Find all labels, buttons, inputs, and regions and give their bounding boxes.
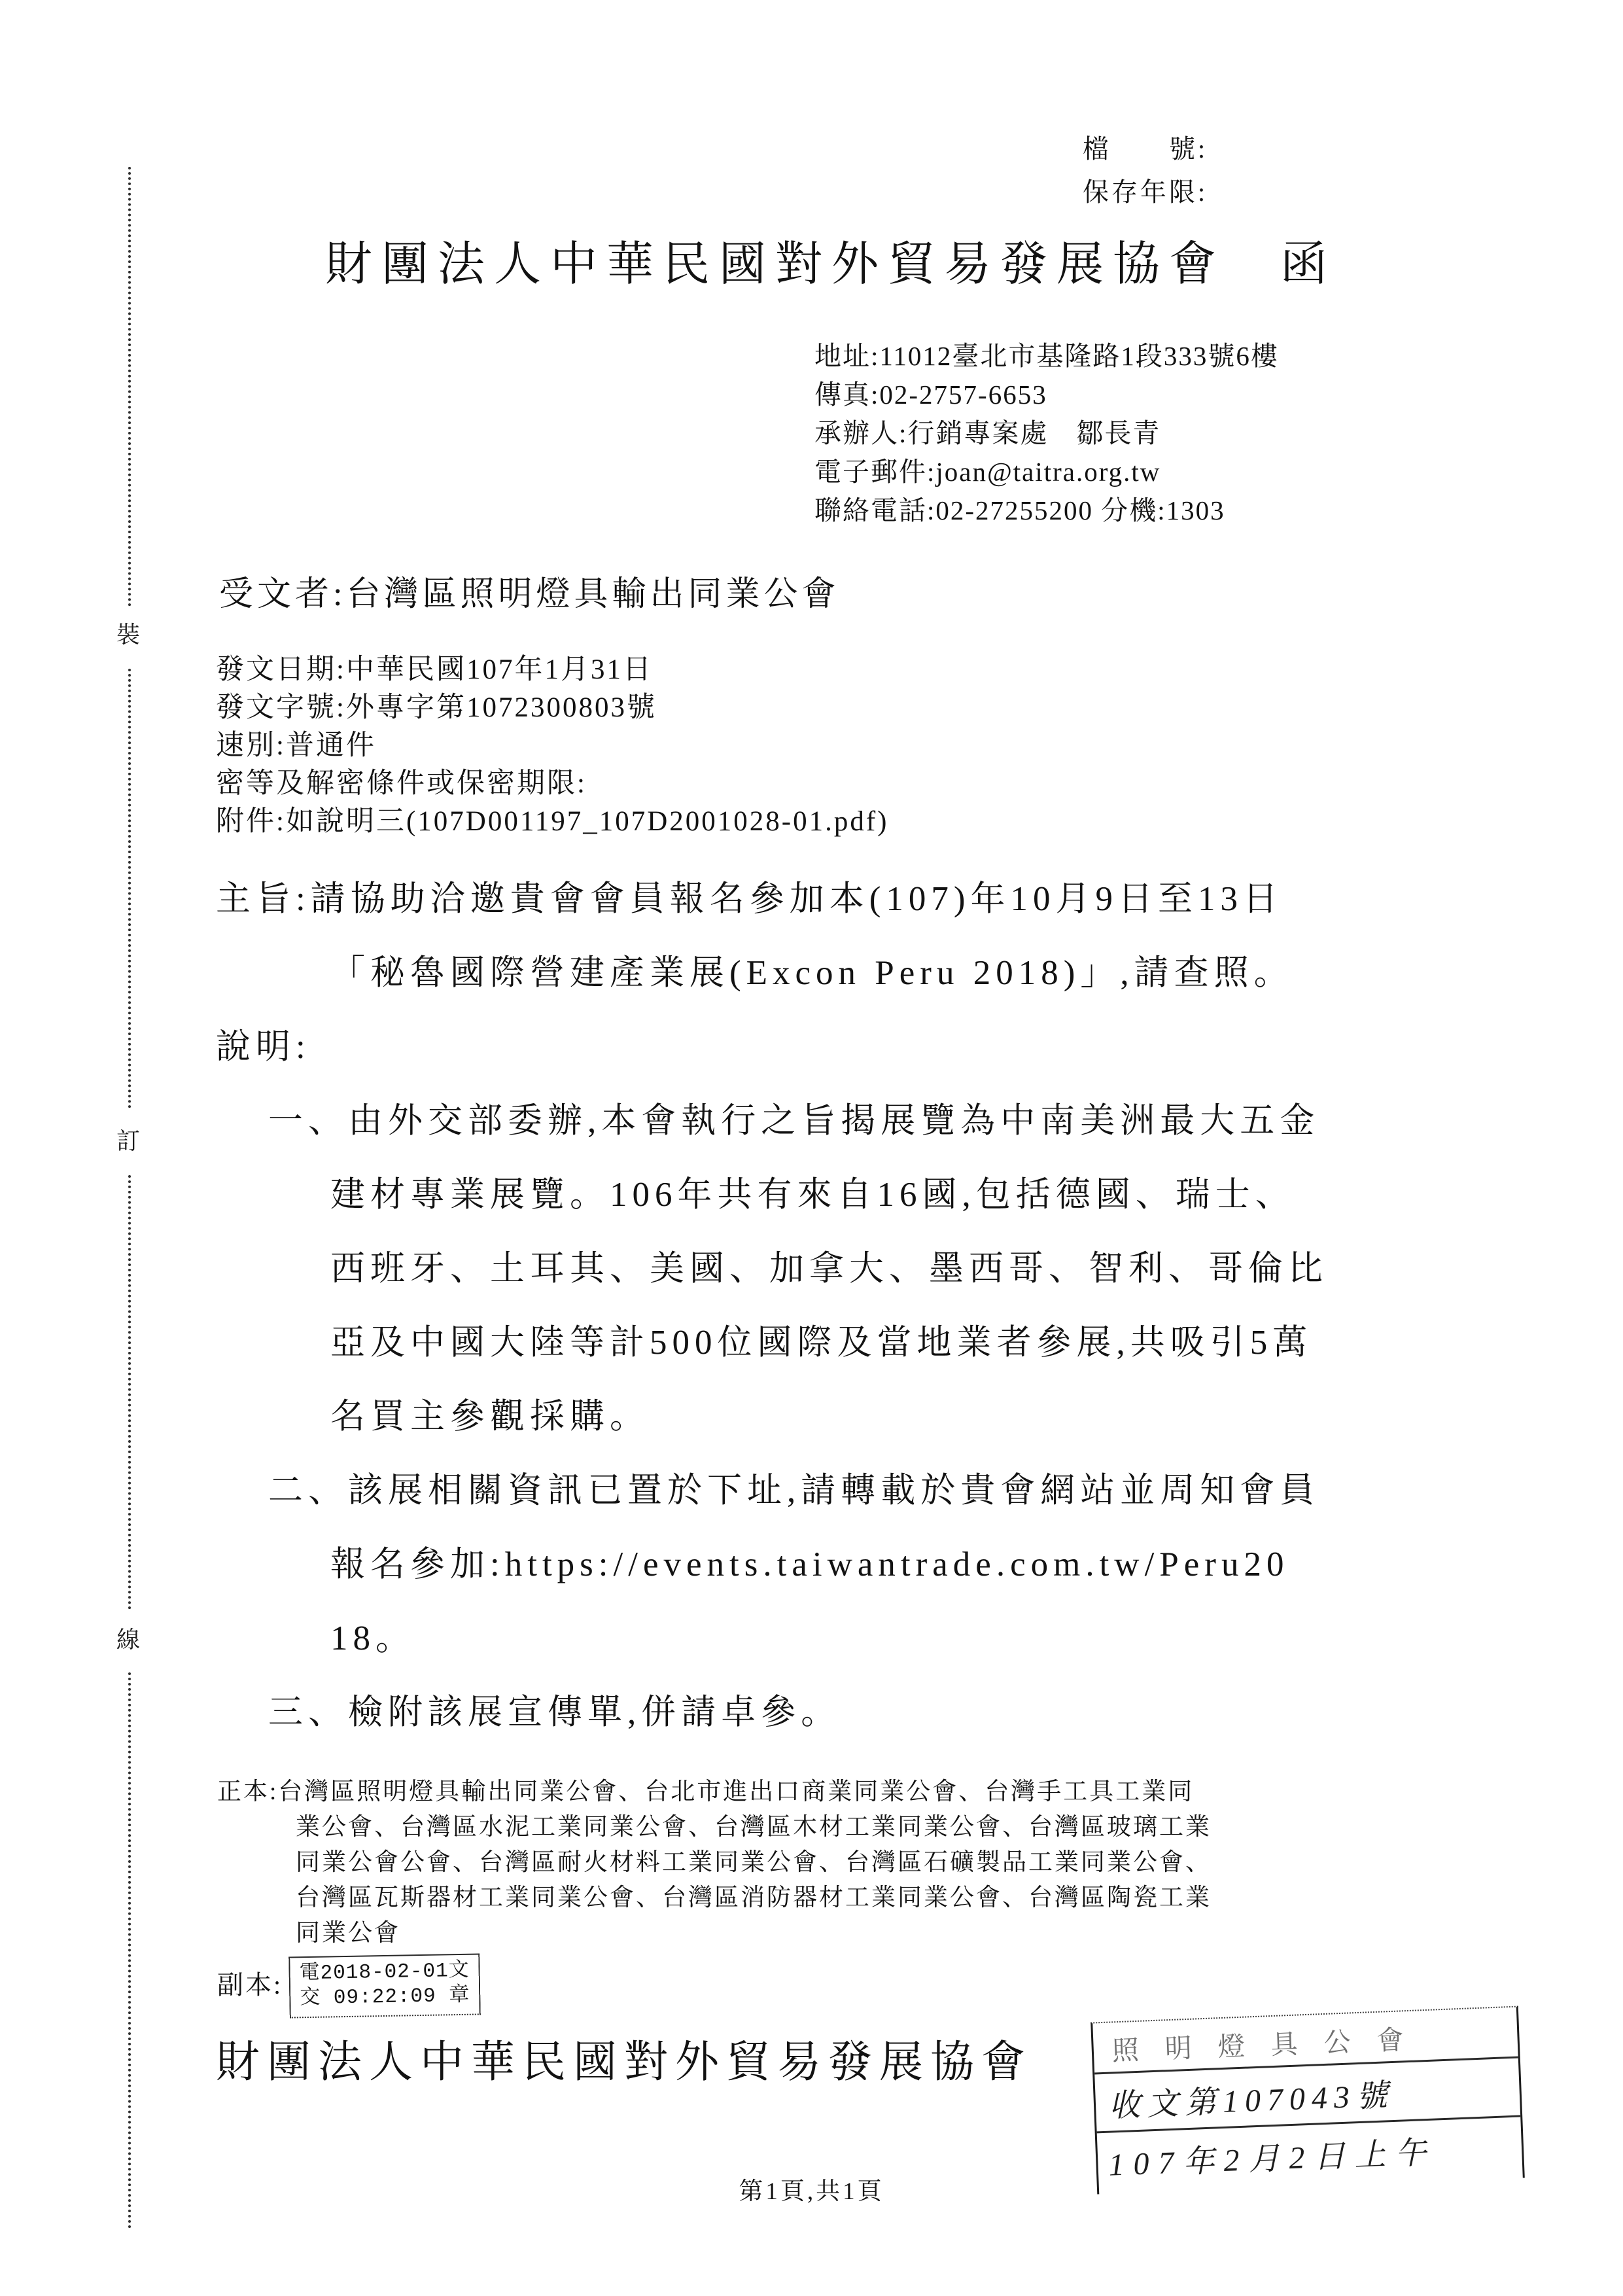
explanation-item2-line: 二、該展相關資訊已置於下址,請轉載於貴會網站並周知會員	[216, 1454, 1413, 1528]
exchange-stamp-date: 電2018-02-01文	[299, 1959, 470, 1987]
original-recipients-line: 正本:台灣區照明燈具輸出同業公會、台北市進出口商業同業公會、台灣手工具工業同	[217, 1775, 1212, 1810]
exchange-stamp-time: 交 09:22:09 章	[300, 1984, 470, 2012]
copy-recipients-row: 副本: 電2018-02-01文 交 09:22:09 章	[217, 1964, 480, 2017]
explanation-item2-line: 報名參加:https://events.taiwantrade.com.tw/P…	[216, 1528, 1413, 1602]
binding-dotted-line	[128, 1175, 131, 1610]
binding-mark-xian: 線	[116, 1621, 140, 1655]
binding-mark-ding: 訂	[116, 1123, 140, 1156]
original-recipients-line: 台灣區瓦斯器材工業同業公會、台灣區消防器材工業同業公會、台灣區陶瓷工業	[217, 1881, 1212, 1916]
sender-fax: 傳真:02-2757-6653	[814, 376, 1279, 414]
binding-dotted-line	[128, 1672, 131, 2229]
original-recipients-line: 同業公會公會、台灣區耐火材料工業同業公會、台灣區石礦製品工業同業公會、	[217, 1845, 1212, 1881]
sender-contact-person: 承辦人:行銷專案處 鄒長青	[814, 414, 1279, 453]
issue-number: 發文字號:外專字第1072300803號	[216, 689, 889, 727]
subject-line-1: 主旨:請協助洽邀貴會會員報名參加本(107)年10月9日至13日	[216, 862, 1413, 936]
explanation-item1-line: 建材專業展覽。106年共有來自16國,包括德國、瑞士、	[216, 1158, 1413, 1232]
retention-period-label: 保存年限:	[1083, 171, 1208, 214]
explanation-item1-line: 西班牙、土耳其、美國、加拿大、墨西哥、智利、哥倫比	[216, 1232, 1413, 1306]
original-recipients-line: 業公會、台灣區水泥工業同業公會、台灣區木材工業同業公會、台灣區玻璃工業	[217, 1810, 1212, 1845]
sender-phone: 聯絡電話:02-27255200 分機:1303	[814, 491, 1279, 530]
explanation-heading: 說明:	[216, 1010, 1413, 1084]
sender-address: 地址:11012臺北市基隆路1段333號6樓	[814, 337, 1279, 376]
received-chop-stamp: 照明燈具公會 收文第107043號 107年2月2日上午	[1091, 2006, 1525, 2195]
security-class: 密等及解密條件或保密期限:	[216, 765, 889, 803]
speed-class: 速別:普通件	[216, 727, 889, 765]
page-number-info: 第1頁,共1頁	[0, 2171, 1623, 2206]
electronic-exchange-stamp: 電2018-02-01文 交 09:22:09 章	[288, 1953, 481, 2018]
explanation-item2-line: 18。	[216, 1602, 1413, 1676]
issue-date: 發文日期:中華民國107年1月31日	[216, 651, 889, 689]
scanned-official-letter: 裝 訂 線 檔 號: 保存年限: 財團法人中華民國對外貿易發展協會函 地址:11…	[0, 0, 1623, 2296]
archive-labels: 檔 號: 保存年限:	[1083, 128, 1208, 214]
letter-body: 主旨:請協助洽邀貴會會員報名參加本(107)年10月9日至13日 「秘魯國際營建…	[216, 862, 1413, 1750]
attachment-info: 附件:如說明三(107D001197_107D2001028-01.pdf)	[216, 803, 889, 841]
binding-dotted-line	[128, 167, 131, 607]
original-recipients-line: 同業公會	[217, 1916, 1212, 1951]
issuing-org-name: 財團法人中華民國對外貿易發展協會	[325, 238, 1225, 291]
explanation-item1-line: 亞及中國大陸等計500位國際及當地業者參展,共吸引5萬	[216, 1306, 1413, 1380]
document-title: 財團法人中華民國對外貿易發展協會函	[275, 226, 1387, 294]
sender-email: 電子郵件:joan@taitra.org.tw	[814, 453, 1279, 491]
binding-dotted-line	[128, 669, 131, 1108]
explanation-item1-line: 名買主參觀採購。	[216, 1380, 1413, 1454]
recipient-line: 受文者:台灣區照明燈具輸出同業公會	[219, 566, 839, 615]
sender-contact-block: 地址:11012臺北市基隆路1段333號6樓 傳真:02-2757-6653 承…	[814, 337, 1279, 530]
original-recipients-block: 正本:台灣區照明燈具輸出同業公會、台北市進出口商業同業公會、台灣手工具工業同 業…	[217, 1775, 1212, 1951]
document-meta-block: 發文日期:中華民國107年1月31日 發文字號:外專字第1072300803號 …	[216, 651, 889, 841]
explanation-item1-line: 一、由外交部委辦,本會執行之旨揭展覽為中南美洲最大五金	[216, 1084, 1413, 1158]
subject-line-2: 「秘魯國際營建產業展(Excon Peru 2018)」,請查照。	[216, 936, 1413, 1010]
copy-label: 副本:	[217, 1964, 283, 2002]
binding-mark-zhuang: 裝	[116, 616, 140, 650]
explanation-item3-line: 三、檢附該展宣傳單,併請卓參。	[216, 1676, 1413, 1750]
file-number-label: 檔 號:	[1083, 128, 1208, 171]
signature-org-name: 財團法人中華民國對外貿易發展協會	[216, 2027, 1032, 2090]
document-type: 函	[1280, 238, 1336, 291]
